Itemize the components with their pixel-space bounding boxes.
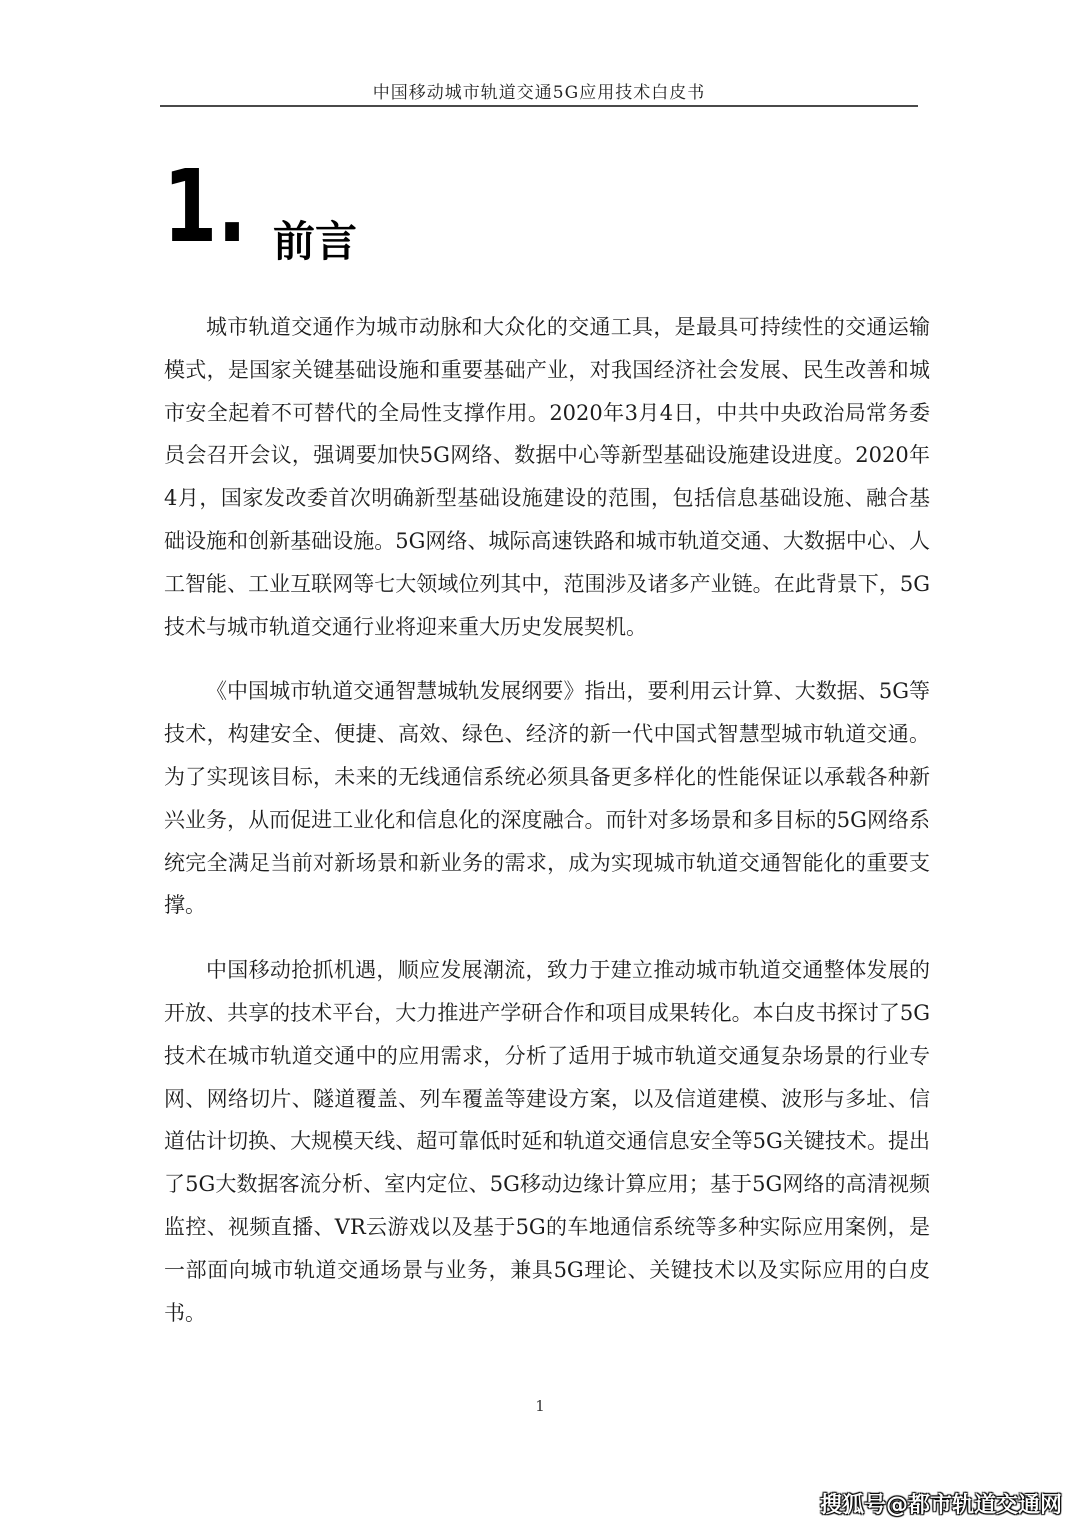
- chapter-number: 1.: [163, 152, 247, 262]
- page-number: 1: [0, 1397, 1080, 1415]
- paragraph-3: 中国移动抢抓机遇，顺应发展潮流，致力于建立推动城市轨道交通整体发展的开放、共享的…: [164, 949, 930, 1334]
- body-text: 城市轨道交通作为城市动脉和大众化的交通工具，是最具可持续性的交通运输模式，是国家…: [164, 306, 930, 1356]
- chapter-title: 前言: [273, 214, 357, 270]
- running-header-title: 中国移动城市轨道交通5G应用技术白皮书: [160, 78, 918, 103]
- paragraph-1: 城市轨道交通作为城市动脉和大众化的交通工具，是最具可持续性的交通运输模式，是国家…: [164, 306, 930, 648]
- watermark: 搜狐号@都市轨道交通网: [820, 1488, 1062, 1519]
- header-divider: [160, 105, 918, 107]
- paragraph-2: 《中国城市轨道交通智慧城轨发展纲要》指出，要利用云计算、大数据、5G等技术，构建…: [164, 670, 930, 927]
